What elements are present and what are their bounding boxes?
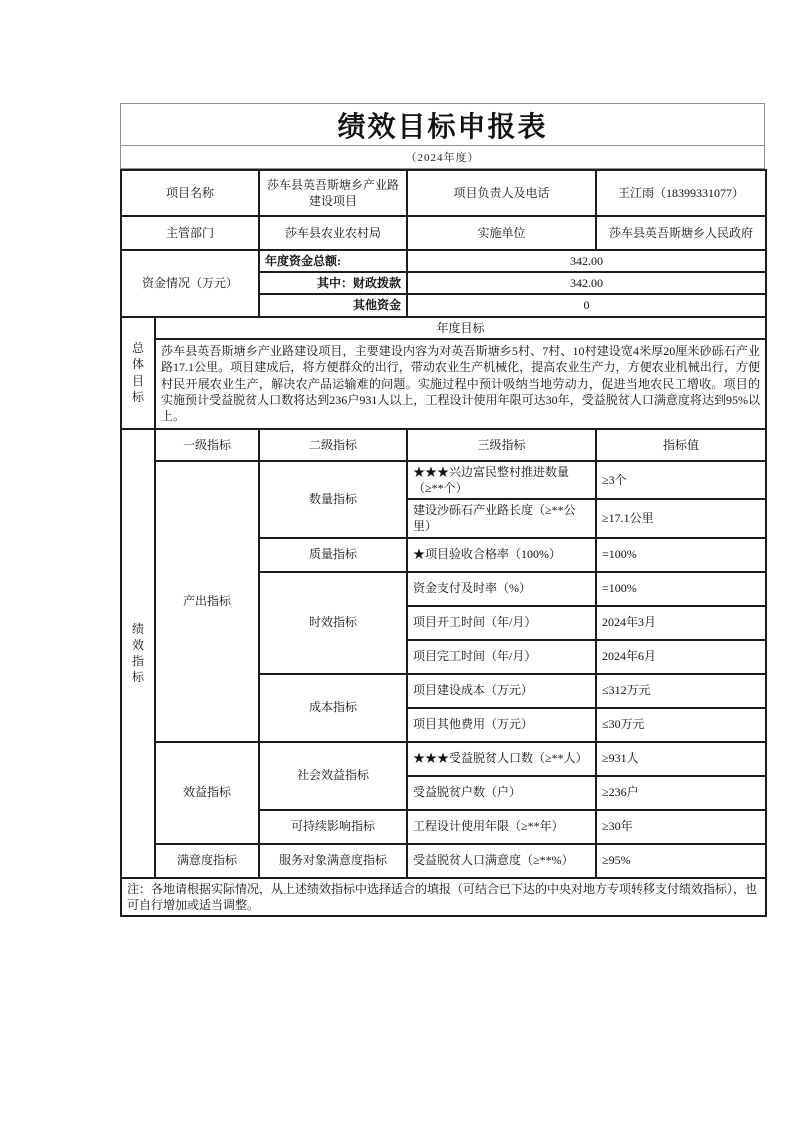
indicator-value-cell: ≥95% bbox=[596, 844, 766, 878]
level3-cell: 受益脱贫人口满意度（≥**%） bbox=[407, 844, 596, 878]
implementing-unit-label: 实施单位 bbox=[407, 216, 596, 250]
funding-other-label: 其他资金 bbox=[259, 294, 407, 316]
level2-sustainability-cell: 可持续影响指标 bbox=[259, 810, 407, 844]
indicator-value-cell: ≥17.1公里 bbox=[596, 499, 766, 537]
level2-cost-cell: 成本指标 bbox=[259, 674, 407, 742]
indicator-value-cell: ≥931人 bbox=[596, 742, 766, 776]
table-row: 项目名称 莎车县英吾斯塘乡产业路建设项目 项目负责人及电话 王江雨（183993… bbox=[121, 170, 766, 216]
indicator-value-cell: 2024年3月 bbox=[596, 606, 766, 640]
level3-cell: 项目其他费用（万元） bbox=[407, 708, 596, 742]
header-level1: 一级指标 bbox=[155, 429, 259, 461]
table-row: 总体目标 年度目标 bbox=[121, 317, 766, 339]
level3-cell: 资金支付及时率（%） bbox=[407, 572, 596, 606]
level2-service-satisfaction-cell: 服务对象满意度指标 bbox=[259, 844, 407, 878]
indicator-value-cell: ≤312万元 bbox=[596, 674, 766, 708]
project-name-label: 项目名称 bbox=[121, 170, 259, 216]
level2-quantity-cell: 数量指标 bbox=[259, 461, 407, 538]
indicator-value-cell: 2024年6月 bbox=[596, 640, 766, 674]
level3-cell: 建设沙砾石产业路长度（≥**公里） bbox=[407, 499, 596, 537]
table-row: 主管部门 莎车县农业农村局 实施单位 莎车县英吾斯塘乡人民政府 bbox=[121, 216, 766, 250]
level2-quality-cell: 质量指标 bbox=[259, 538, 407, 572]
implementing-unit-value: 莎车县英吾斯塘乡人民政府 bbox=[596, 216, 766, 250]
title-block: 绩效目标申报表 （2024年度） bbox=[120, 103, 765, 169]
project-manager-value: 王江雨（18399331077） bbox=[596, 170, 766, 216]
form-title: 绩效目标申报表 bbox=[121, 104, 764, 146]
indicator-value-cell: =100% bbox=[596, 538, 766, 572]
level2-social-benefit-cell: 社会效益指标 bbox=[259, 742, 407, 810]
indicator-value-cell: ≤30万元 bbox=[596, 708, 766, 742]
indicator-row: 满意度指标 服务对象满意度指标 受益脱贫人口满意度（≥**%） ≥95% bbox=[121, 844, 766, 878]
form-sheet: 绩效目标申报表 （2024年度） 项目名称 莎车县英吾斯塘乡产业路建设项目 项目… bbox=[120, 103, 765, 917]
annual-goal-header: 年度目标 bbox=[155, 317, 766, 339]
indicators-side-label: 绩效指标 bbox=[121, 429, 155, 878]
funding-total-label: 年度资金总额: bbox=[259, 250, 407, 272]
level1-output-cell: 产出指标 bbox=[155, 461, 259, 742]
funding-fiscal-value: 342.00 bbox=[407, 272, 766, 294]
level3-cell: ★项目验收合格率（100%） bbox=[407, 538, 596, 572]
funding-total-value: 342.00 bbox=[407, 250, 766, 272]
table-row: 莎车县英吾斯塘乡产业路建设项目，主要建设内容为对英吾斯塘乡5村、7村、10村建设… bbox=[121, 339, 766, 429]
level3-cell: 项目建设成本（万元） bbox=[407, 674, 596, 708]
level2-timeliness-cell: 时效指标 bbox=[259, 572, 407, 674]
funding-other-value: 0 bbox=[407, 294, 766, 316]
indicator-value-cell: ≥236户 bbox=[596, 776, 766, 810]
indicator-value-cell: ≥3个 bbox=[596, 461, 766, 499]
level3-cell: ★★★受益脱贫人口数（≥**人） bbox=[407, 742, 596, 776]
table-row: 绩效指标 一级指标 二级指标 三级指标 指标值 bbox=[121, 429, 766, 461]
footer-note: 注：各地请根据实际情况，从上述绩效指标中选择适合的填报（可结合已下达的中央对地方… bbox=[121, 878, 766, 916]
table-row: 注：各地请根据实际情况，从上述绩效指标中选择适合的填报（可结合已下达的中央对地方… bbox=[121, 878, 766, 916]
level3-cell: ★★★兴边富民整村推进数量（≥**个） bbox=[407, 461, 596, 499]
level3-cell: 项目开工时间（年/月） bbox=[407, 606, 596, 640]
indicator-value-cell: ≥30年 bbox=[596, 810, 766, 844]
department-label: 主管部门 bbox=[121, 216, 259, 250]
overall-goal-side-label: 总体目标 bbox=[121, 317, 155, 429]
annual-goal-text: 莎车县英吾斯塘乡产业路建设项目，主要建设内容为对英吾斯塘乡5村、7村、10村建设… bbox=[155, 339, 766, 429]
header-level2: 二级指标 bbox=[259, 429, 407, 461]
indicator-value-cell: =100% bbox=[596, 572, 766, 606]
header-level3: 三级指标 bbox=[407, 429, 596, 461]
level3-cell: 受益脱贫户数（户） bbox=[407, 776, 596, 810]
form-subtitle: （2024年度） bbox=[121, 146, 764, 168]
level3-cell: 项目完工时间（年/月） bbox=[407, 640, 596, 674]
level3-cell: 工程设计使用年限（≥**年） bbox=[407, 810, 596, 844]
department-value: 莎车县农业农村局 bbox=[259, 216, 407, 250]
funding-section-label: 资金情况（万元） bbox=[121, 250, 259, 317]
indicator-row: 效益指标 社会效益指标 ★★★受益脱贫人口数（≥**人） ≥931人 bbox=[121, 742, 766, 776]
table-row: 资金情况（万元） 年度资金总额: 342.00 bbox=[121, 250, 766, 272]
header-value: 指标值 bbox=[596, 429, 766, 461]
performance-target-table: 项目名称 莎车县英吾斯塘乡产业路建设项目 项目负责人及电话 王江雨（183993… bbox=[120, 169, 767, 917]
funding-fiscal-label: 其中：财政拨款 bbox=[259, 272, 407, 294]
project-name-value: 莎车县英吾斯塘乡产业路建设项目 bbox=[259, 170, 407, 216]
indicator-row: 产出指标 数量指标 ★★★兴边富民整村推进数量（≥**个） ≥3个 bbox=[121, 461, 766, 499]
level1-benefit-cell: 效益指标 bbox=[155, 742, 259, 844]
level1-satisfaction-cell: 满意度指标 bbox=[155, 844, 259, 878]
project-manager-label: 项目负责人及电话 bbox=[407, 170, 596, 216]
